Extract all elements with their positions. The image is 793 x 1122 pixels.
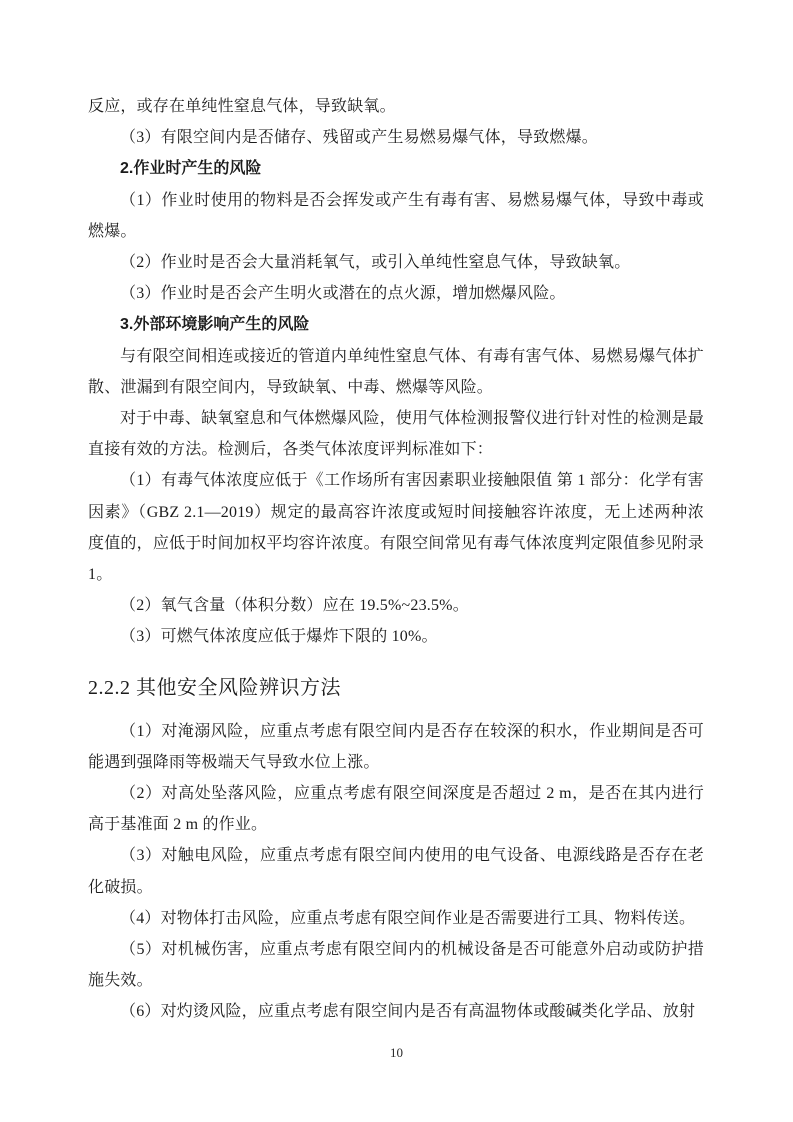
numbered-item: （6）对灼烫风险，应重点考虑有限空间内是否有高温物体或酸碱类化学品、放射 bbox=[88, 996, 704, 1027]
page-number: 10 bbox=[0, 1044, 793, 1062]
numbered-item: （2）氧气含量（体积分数）应在 19.5%~23.5%。 bbox=[88, 590, 704, 621]
numbered-item: （3）作业时是否会产生明火或潜在的点火源，增加燃爆风险。 bbox=[88, 278, 704, 309]
subheading-work-risks: 2.作业时产生的风险 bbox=[88, 153, 704, 184]
section-heading: 2.2.2 其他安全风险辨识方法 bbox=[88, 674, 704, 702]
numbered-item: （3）对触电风险，应重点考虑有限空间内使用的电气设备、电源线路是否存在老化破损。 bbox=[88, 840, 704, 902]
numbered-item: （1）有毒气体浓度应低于《工作场所有害因素职业接触限值 第 1 部分：化学有害因… bbox=[88, 465, 704, 590]
numbered-item: （2）对高处坠落风险，应重点考虑有限空间深度是否超过 2 m，是否在其内进行高于… bbox=[88, 778, 704, 840]
numbered-item: （4）对物体打击风险，应重点考虑有限空间作业是否需要进行工具、物料传送。 bbox=[88, 903, 704, 934]
numbered-item: （1）作业时使用的物料是否会挥发或产生有毒有害、易燃易爆气体，导致中毒或燃爆。 bbox=[88, 185, 704, 247]
numbered-item: （5）对机械伤害，应重点考虑有限空间内的机械设备是否可能意外启动或防护措施失效。 bbox=[88, 934, 704, 996]
page-content: 反应，或存在单纯性窒息气体，导致缺氧。 （3）有限空间内是否储存、残留或产生易燃… bbox=[88, 91, 704, 1028]
paragraph: 对于中毒、缺氧窒息和气体燃爆风险，使用气体检测报警仪进行针对性的检测是最直接有效… bbox=[88, 403, 704, 465]
numbered-item: （3）可燃气体浓度应低于爆炸下限的 10%。 bbox=[88, 621, 704, 652]
numbered-item: （3）有限空间内是否储存、残留或产生易燃易爆气体，导致燃爆。 bbox=[88, 122, 704, 153]
numbered-item: （1）对淹溺风险，应重点考虑有限空间内是否存在较深的积水，作业期间是否可能遇到强… bbox=[88, 716, 704, 778]
subheading-external-risks: 3.外部环境影响产生的风险 bbox=[88, 309, 704, 340]
paragraph-continuation: 反应，或存在单纯性窒息气体，导致缺氧。 bbox=[88, 91, 704, 122]
paragraph: 与有限空间相连或接近的管道内单纯性窒息气体、有毒有害气体、易燃易爆气体扩散、泄漏… bbox=[88, 341, 704, 403]
numbered-item: （2）作业时是否会大量消耗氧气，或引入单纯性窒息气体，导致缺氧。 bbox=[88, 247, 704, 278]
document-page: 反应，或存在单纯性窒息气体，导致缺氧。 （3）有限空间内是否储存、残留或产生易燃… bbox=[0, 0, 793, 1122]
